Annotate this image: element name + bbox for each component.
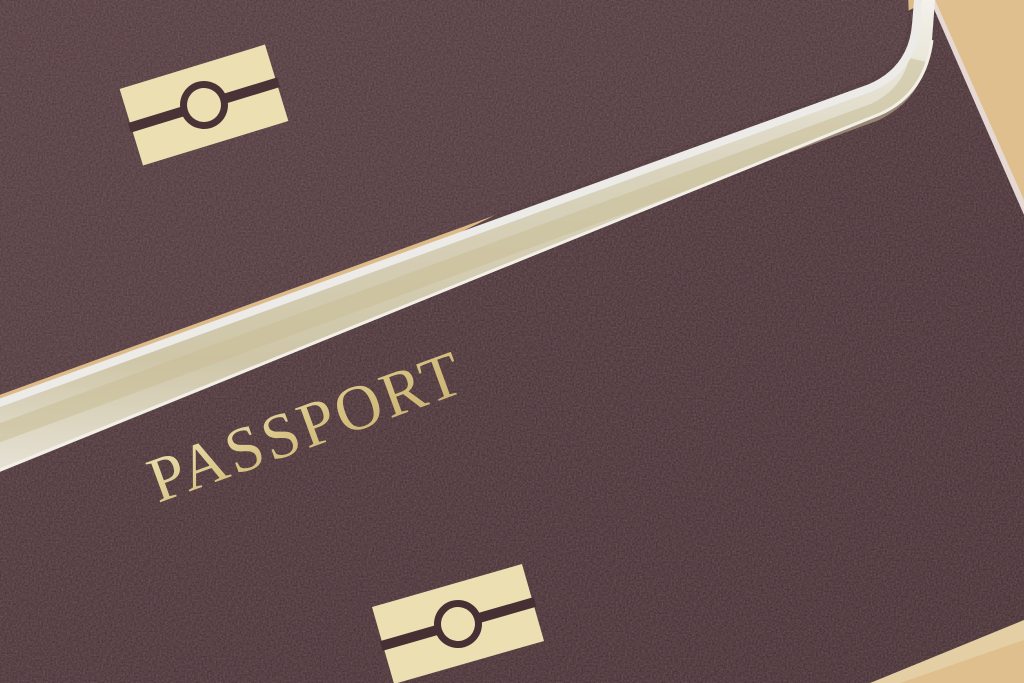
- passport-scene: PASSPORT: [0, 0, 1024, 683]
- passport-photo: PASSPORT: [0, 0, 1024, 683]
